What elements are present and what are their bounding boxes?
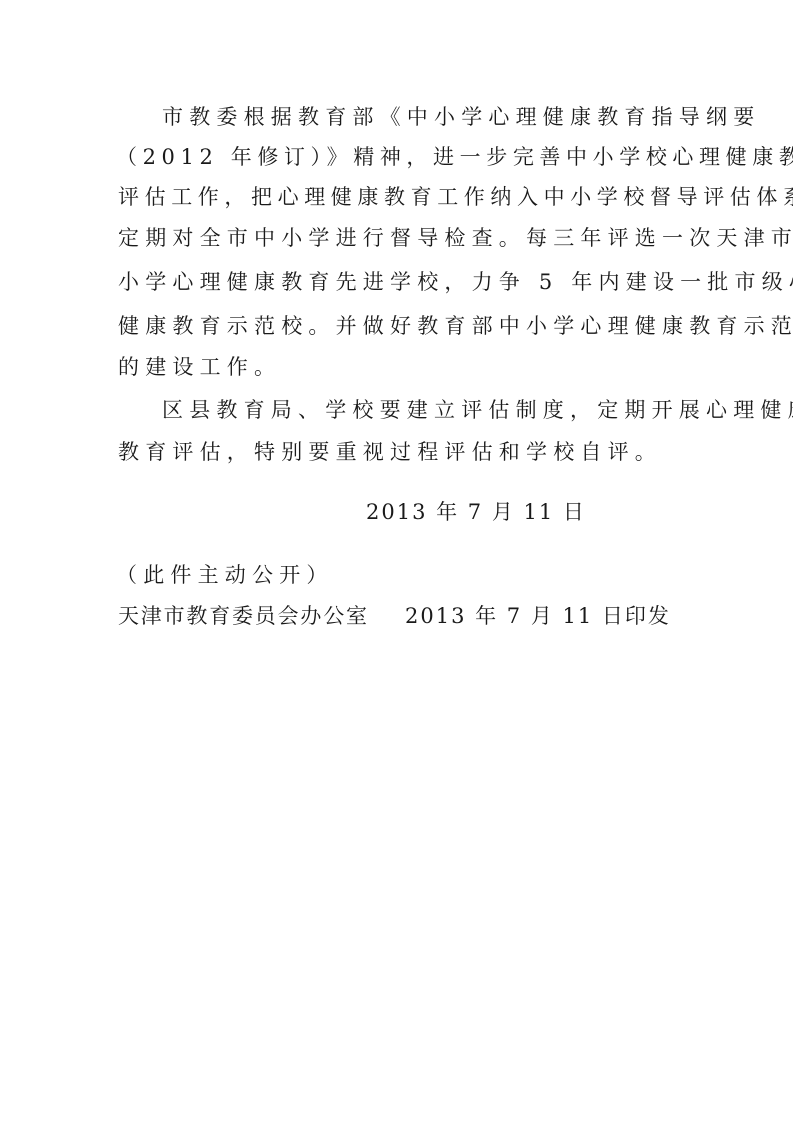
signature-date: 2013 年 7 月 11 日 [366, 498, 586, 526]
paragraph-line: 的建设工作。 [118, 353, 281, 381]
paragraph-line: 小学心理健康教育先进学校，力争 5 年内建设一批市级心理 [118, 268, 793, 296]
footer-issue-date: 2013 年 7 月 11 日印发 [405, 602, 671, 630]
paragraph-line: 区县教育局、学校要建立评估制度，定期开展心理健康 [162, 396, 793, 424]
paragraph-line: 定期对全市中小学进行督导检查。每三年评选一次天津市中 [118, 224, 793, 252]
paragraph-line: 市教委根据教育部《中小学心理健康教育指导纲要 [162, 103, 760, 131]
document-page: 市教委根据教育部《中小学心理健康教育指导纲要 （2012 年修订）》精神，进一步… [0, 0, 793, 1122]
paragraph-line: 健康教育示范校。并做好教育部中小学心理健康教育示范区 [118, 312, 793, 340]
paragraph-line: （2012 年修订）》精神，进一步完善中小学校心理健康教育 [116, 143, 793, 171]
disclosure-note: （此件主动公开） [116, 561, 334, 589]
paragraph-line: 评估工作，把心理健康教育工作纳入中小学校督导评估体系， [118, 183, 793, 211]
paragraph-line: 教育评估，特别要重视过程评估和学校自评。 [118, 438, 662, 466]
footer-issuer: 天津市教育委员会办公室 [118, 602, 369, 630]
